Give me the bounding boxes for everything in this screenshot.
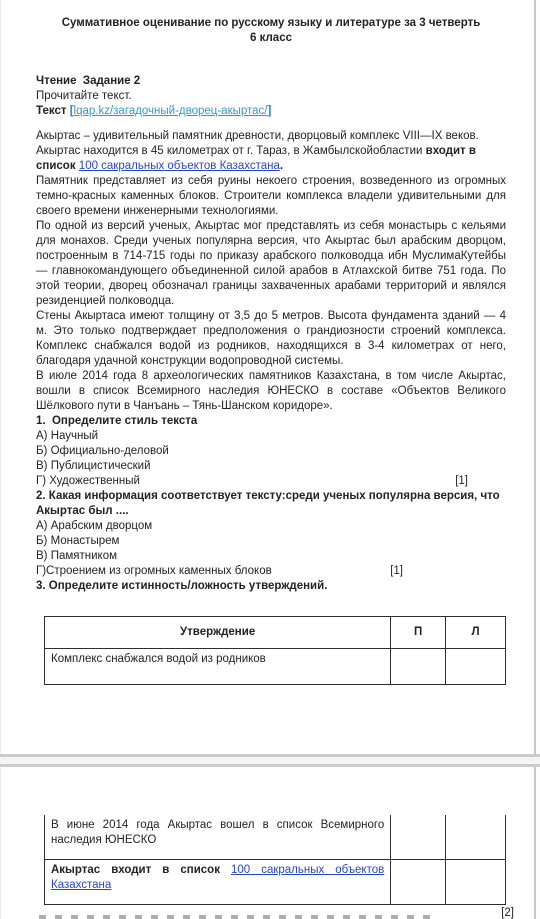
true-false-table-continued: В июне 2014 года Акыртас вошел в список … [44, 815, 506, 905]
paragraph-intro-period: . [280, 160, 283, 172]
table-cell-true[interactable] [391, 815, 446, 860]
bracket-close: ] [268, 105, 272, 117]
table-header-true: П [391, 617, 446, 649]
question-1-option-g-row: Г) Художественный [1] [36, 474, 506, 489]
question-2-option-b: Б) Монастырем [36, 534, 506, 549]
paragraph-versions: По одной из версий ученых, Акыртас мог п… [36, 219, 506, 309]
paragraph-intro-text: Акыртас – удивительный памятник древност… [36, 130, 479, 157]
question-2-option-g-row: Г)Строением из огромных каменных блоков … [36, 564, 506, 579]
question-1-option-g: Г) Художественный [36, 475, 140, 487]
page-title: Суммативное оценивание по русскому языку… [36, 0, 506, 46]
page-1: Суммативное оценивание по русскому языку… [0, 0, 536, 754]
paragraph-walls: Стены Акыртаса имеют толщину от 3,5 до 5… [36, 309, 506, 369]
document-viewer: Суммативное оценивание по русскому языку… [0, 0, 540, 919]
task-heading: Чтение Задание 2 [36, 74, 506, 89]
question-2-heading: 2. Какая информация соответствует тексту… [36, 489, 506, 519]
question-1-option-a: А) Научный [36, 429, 506, 444]
question-1-option-v: В) Публицистический [36, 459, 506, 474]
question-1-option-b: Б) Официально-деловой [36, 444, 506, 459]
page-2: В июне 2014 года Акыртас вошел в список … [0, 767, 536, 919]
table-cell-false[interactable] [446, 860, 506, 905]
table-header-statement: Утверждение [45, 617, 391, 649]
question-1-points: [1] [455, 474, 468, 489]
table-row: Комплекс снабжался водой из родников [45, 649, 506, 685]
table-cell-false[interactable] [446, 649, 506, 685]
paragraph-unesco: В июле 2014 года 8 археологических памят… [36, 369, 506, 414]
table-cell-false[interactable] [446, 815, 506, 860]
table-row: Акыртас входит в список 100 сакральных о… [45, 860, 506, 905]
sacred-objects-link[interactable]: 100 сакральных объектов Казахстана [79, 160, 280, 172]
table-header-row: Утверждение П Л [45, 617, 506, 649]
paragraph-intro: Акыртас – удивительный памятник древност… [36, 129, 506, 174]
table-header-false: Л [446, 617, 506, 649]
table-cell-statement: Акыртас входит в список 100 сакральных о… [45, 860, 391, 905]
paragraph-monument: Памятник представляет из себя руины неко… [36, 174, 506, 219]
source-link[interactable]: lqap.kz/загадочный-дворец-акыртас/ [74, 105, 268, 117]
question-2-option-a: А) Арабским дворцом [36, 519, 506, 534]
table-cell-true[interactable] [391, 649, 446, 685]
task-instruction: Прочитайте текст. [36, 89, 506, 104]
title-line-1: Суммативное оценивание по русскому языку… [36, 16, 506, 31]
question-2-option-v: В) Памятником [36, 549, 506, 564]
table-cell-statement: В июне 2014 года Акыртас вошел в список … [45, 815, 391, 860]
source-line: Текст [lqap.kz/загадочный-дворец-акыртас… [36, 104, 506, 119]
table-cell-statement: Комплекс снабжался водой из родников [45, 649, 391, 685]
question-3-heading: 3. Определите истинность/ложность утверж… [36, 579, 506, 594]
statement-bold: Акыртас входит в список [51, 864, 231, 876]
page-break [0, 754, 540, 767]
true-false-table: Утверждение П Л Комплекс снабжался водой… [44, 616, 506, 685]
question-1-heading: 1. Определите стиль текста [36, 414, 506, 429]
table-row: В июне 2014 года Акыртас вошел в список … [45, 815, 506, 860]
question-2-points: [1] [390, 564, 403, 579]
title-line-2: 6 класс [36, 31, 506, 46]
question-2-option-g: Г)Строением из огромных каменных блоков [36, 565, 272, 577]
table-cell-true[interactable] [391, 860, 446, 905]
cutoff-text-line [39, 915, 431, 919]
source-label: Текст [36, 105, 70, 117]
